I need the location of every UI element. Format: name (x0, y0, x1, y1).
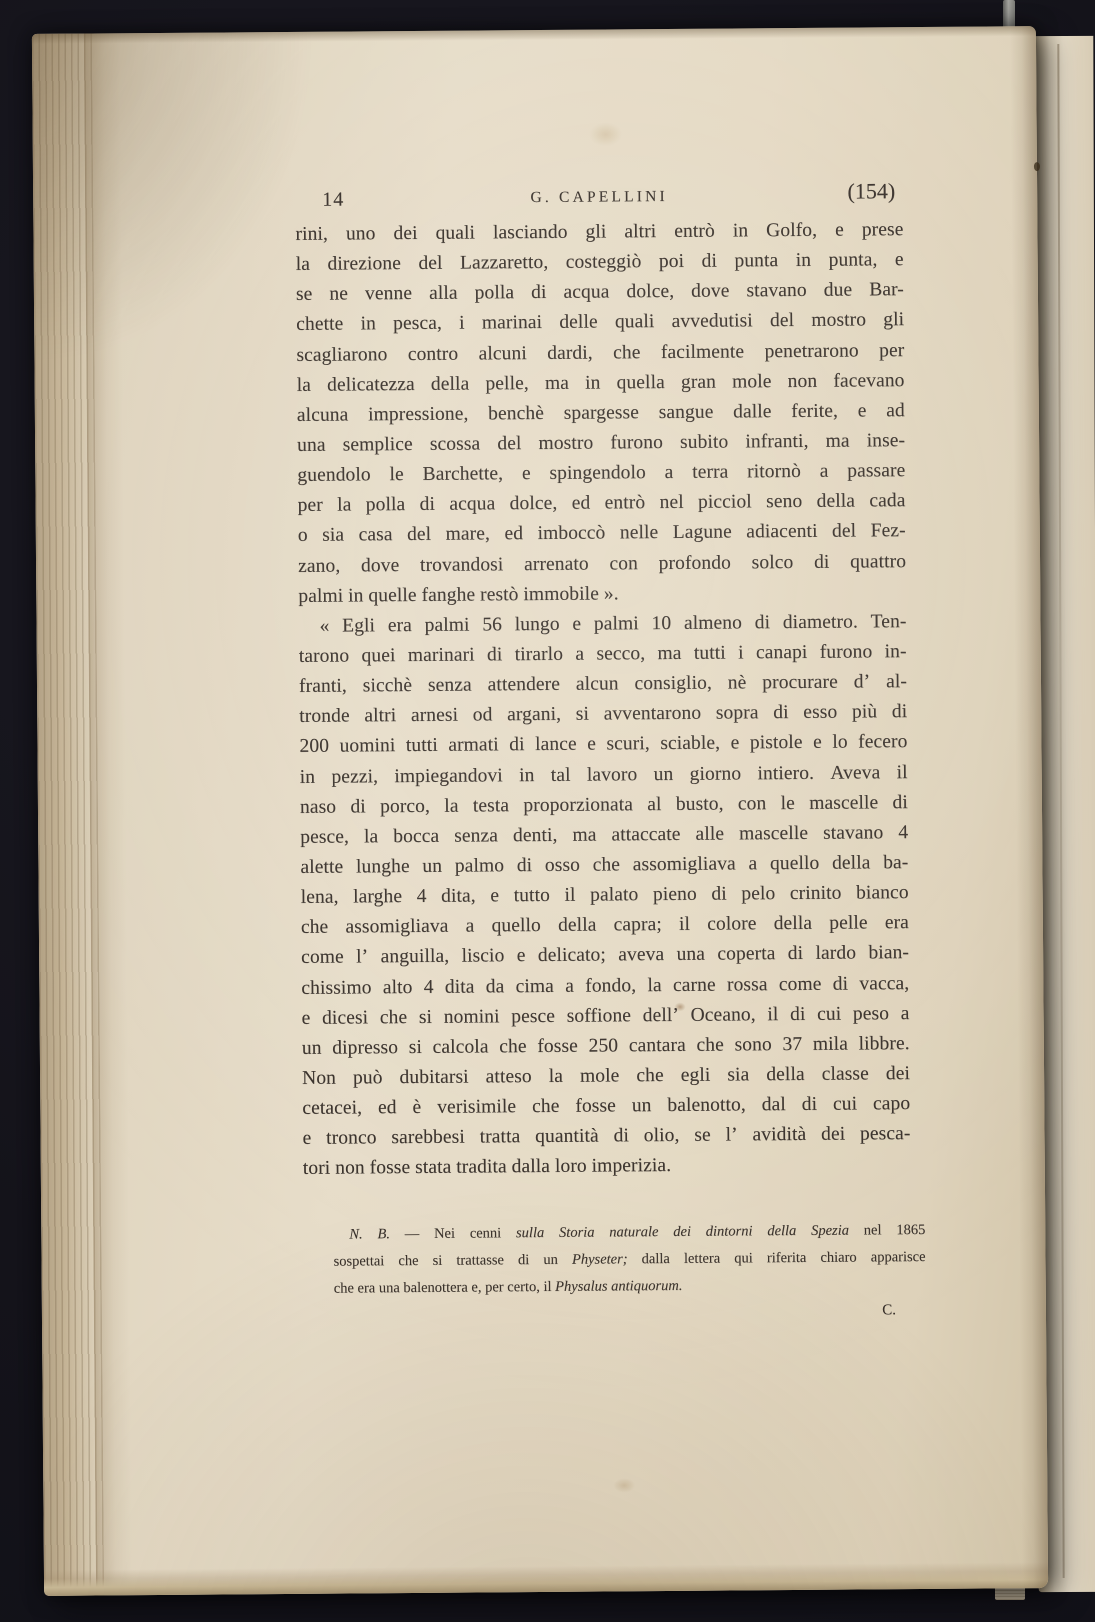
page-header: 14 G. CAPELLINI (154) (295, 177, 903, 212)
body-line: «Eglierapalmi56lungoepalmi10almenodidiam… (298, 611, 906, 646)
body-line: cheassomigliavaaquellodellacapra;ilcolor… (301, 912, 909, 947)
running-title: G. CAPELLINI (295, 186, 903, 209)
body-line: undipressosicalcolachefosse250cantarache… (302, 1033, 910, 1068)
footnote: N. B. — Nei cenni sulla Storia naturale … (333, 1217, 926, 1327)
bottom-page-edges (44, 1562, 1048, 1596)
body-line: taronoqueimarinariditirarloasecco,matutt… (299, 641, 907, 676)
body-line: nasodiporco,latestaproporzionataalbusto,… (300, 792, 908, 827)
body-line: unasemplicescossadelmostrofuronosubitoin… (297, 430, 905, 465)
body-line: torinonfossestatatraditadallaloroimperiz… (303, 1153, 911, 1188)
body-line: chetteinpesca,imarinaidellequaliavveduti… (296, 310, 904, 345)
footnote-line: che era una balenottera e, per certo, il… (334, 1271, 926, 1303)
body-line: edicesichesinominipescesoffionedell’Ocea… (302, 1003, 910, 1038)
body-line: alcunaimpressione,benchèspargessesangued… (297, 400, 905, 435)
body-line: zano,dovetrovandosiarrenatoconprofondoso… (298, 551, 906, 586)
body-line: ladelicatezzadellapelle,mainquellagranmo… (297, 370, 905, 405)
body-line: ladirezionedelLazzaretto,costeggiòpoidip… (296, 249, 904, 284)
body-line: comel’anguilla,liscioedelicato;avevaunac… (301, 942, 909, 977)
body-line: 200uominituttiarmatidilanceescuri,sciabl… (299, 732, 907, 767)
column-number: (154) (847, 178, 895, 204)
body-line: pesce,laboccasenzadenti,maattaccateallem… (300, 822, 908, 857)
signature-initial: C. (334, 1299, 926, 1327)
body-line: lena,larghe4dita,etuttoilpalatopienodipe… (301, 882, 909, 917)
footnote-lines: N. B. — Nei cenni sulla Storia naturale … (333, 1217, 926, 1303)
top-page-edge (32, 26, 1036, 44)
body-line: palmiinquellefangherestòimmobile». (298, 581, 906, 616)
body-line: cetacei,edèverisimilechefosseunbalenotto… (302, 1093, 910, 1128)
body-line: rini,unodeiqualilasciandoglialtrientròin… (295, 219, 903, 254)
body-line: guendololeBarchette,espingendoloaterrari… (297, 460, 905, 495)
body-line: franti,sicchèsenzaattenderealcunconsigli… (299, 671, 907, 706)
body-line: chissimoalto4ditadacimaafondo,lacarneros… (301, 973, 909, 1008)
body-line: perlapolladiacquadolce,edentrònelpicciol… (298, 490, 906, 525)
body-line: osiacasadelmare,edimboccònelleLaguneadia… (298, 521, 906, 556)
body-line: etroncosarebbesitrattaquantitàdiolio,sel… (302, 1123, 910, 1158)
book-page: 14 G. CAPELLINI (154) rini,unodeiqualila… (32, 26, 1048, 1596)
body-line: trondealtriarnesiodargani,siavventaronos… (299, 701, 907, 736)
body-line: Nonpuòdubitarsiattesolamolecheeglisiadel… (302, 1063, 910, 1098)
paper-stain (583, 117, 629, 151)
body-line: scagliaronocontroalcunidardi,chefacilmen… (296, 340, 904, 375)
footnote-line: sospettai che si trattasse di un Physete… (333, 1244, 925, 1276)
body-line: alettelungheunpalmodiossocheassomigliava… (300, 852, 908, 887)
body-line: inpezzi,impiegandoviintallavoroungiornoi… (300, 762, 908, 797)
paper-stain (609, 1475, 639, 1495)
body-line: senevenneallapolladiacquadolce,dovestava… (296, 279, 904, 314)
body-text: rini,unodeiqualilasciandoglialtrientròin… (295, 219, 911, 1188)
